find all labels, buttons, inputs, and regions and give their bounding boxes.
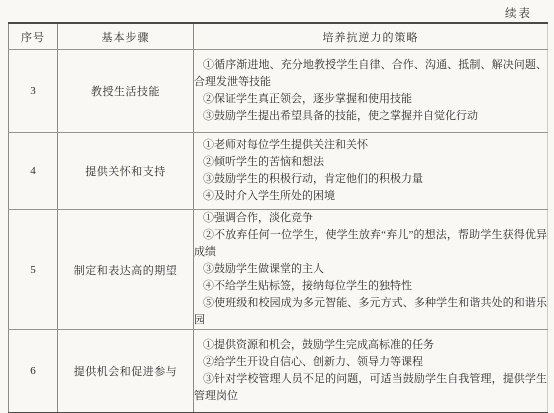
strategy-item: ①提供资源和机会，鼓励学生完成高标准的任务 (194, 337, 547, 354)
row-number: 3 (9, 50, 58, 133)
table-row: 4 提供关怀和支持 ①老师对每位学生提供关注和关怀 ②倾听学生的苦恼和想法 ③鼓… (9, 133, 548, 210)
row-step: 提供机会和促进参与 (58, 330, 194, 413)
row-strategies: ①循序渐进地、充分地教授学生自律、合作、沟通、抵制、解决问题、合理发泄等技能 ②… (194, 50, 548, 133)
resilience-strategies-table: 序号 基本步骤 培养抗逆力的策略 3 教授生活技能 ①循序渐进地、充分地教授学生… (8, 22, 548, 413)
strategy-item: ①循序渐进地、充分地教授学生自律、合作、沟通、抵制、解决问题、合理发泄等技能 (194, 57, 547, 91)
row-step: 制定和表达高的期望 (58, 210, 194, 330)
strategy-item: ④不给学生贴标签，接纳每位学生的独特性 (194, 278, 547, 295)
table-row: 6 提供机会和促进参与 ①提供资源和机会，鼓励学生完成高标准的任务 ②给学生开设… (9, 330, 548, 413)
col-header-number: 序号 (9, 23, 58, 50)
table-row: 5 制定和表达高的期望 ①强调合作，淡化竞争 ②不放弃任何一位学生，使学生放弃“… (9, 210, 548, 330)
scanned-page: 续表 序号 基本步骤 培养抗逆力的策略 3 教授生活技能 ①循序渐进地、充分地教… (0, 0, 554, 413)
strategy-item: ③针对学校管理人员不足的问题，可适当鼓励学生自我管理，提供学生管理岗位 (194, 371, 547, 405)
row-strategies: ①提供资源和机会，鼓励学生完成高标准的任务 ②给学生开设自信心、创新力、领导力等… (194, 330, 548, 413)
strategy-item: ⑤使班级和校园成为多元智能、多元方式、多种学生和谐共处的和谐乐园 (194, 295, 547, 329)
strategy-item: ②不放弃任何一位学生，使学生放弃“弃儿”的想法，帮助学生获得优异成绩 (194, 227, 547, 261)
row-strategies: ①老师对每位学生提供关注和关怀 ②倾听学生的苦恼和想法 ③鼓励学生的积极行动，肯… (194, 133, 548, 210)
strategy-item: ①老师对每位学生提供关注和关怀 (194, 137, 547, 154)
strategy-item: ②给学生开设自信心、创新力、领导力等课程 (194, 354, 547, 371)
row-number: 6 (9, 330, 58, 413)
strategy-item: ①强调合作，淡化竞争 (194, 210, 547, 227)
row-strategies: ①强调合作，淡化竞争 ②不放弃任何一位学生，使学生放弃“弃儿”的想法，帮助学生获… (194, 210, 548, 330)
row-number: 4 (9, 133, 58, 210)
table-row: 3 教授生活技能 ①循序渐进地、充分地教授学生自律、合作、沟通、抵制、解决问题、… (9, 50, 548, 133)
strategy-item: ②倾听学生的苦恼和想法 (194, 154, 547, 171)
continuation-label: 续表 (505, 5, 532, 21)
col-header-strategy: 培养抗逆力的策略 (194, 23, 548, 50)
row-number: 5 (9, 210, 58, 330)
strategy-item: ③鼓励学生提出希望具备的技能，使之掌握并自觉化行动 (194, 108, 547, 125)
strategy-item: ③鼓励学生做课堂的主人 (194, 261, 547, 278)
col-header-step: 基本步骤 (58, 23, 194, 50)
strategy-item: ②保证学生真正领会，逐步掌握和使用技能 (194, 91, 547, 108)
row-step: 教授生活技能 (58, 50, 194, 133)
strategy-item: ④及时介入学生所处的困境 (194, 188, 547, 205)
row-step: 提供关怀和支持 (58, 133, 194, 210)
strategy-item: ③鼓励学生的积极行动，肯定他们的积极力量 (194, 171, 547, 188)
table-header-row: 序号 基本步骤 培养抗逆力的策略 (9, 23, 548, 50)
